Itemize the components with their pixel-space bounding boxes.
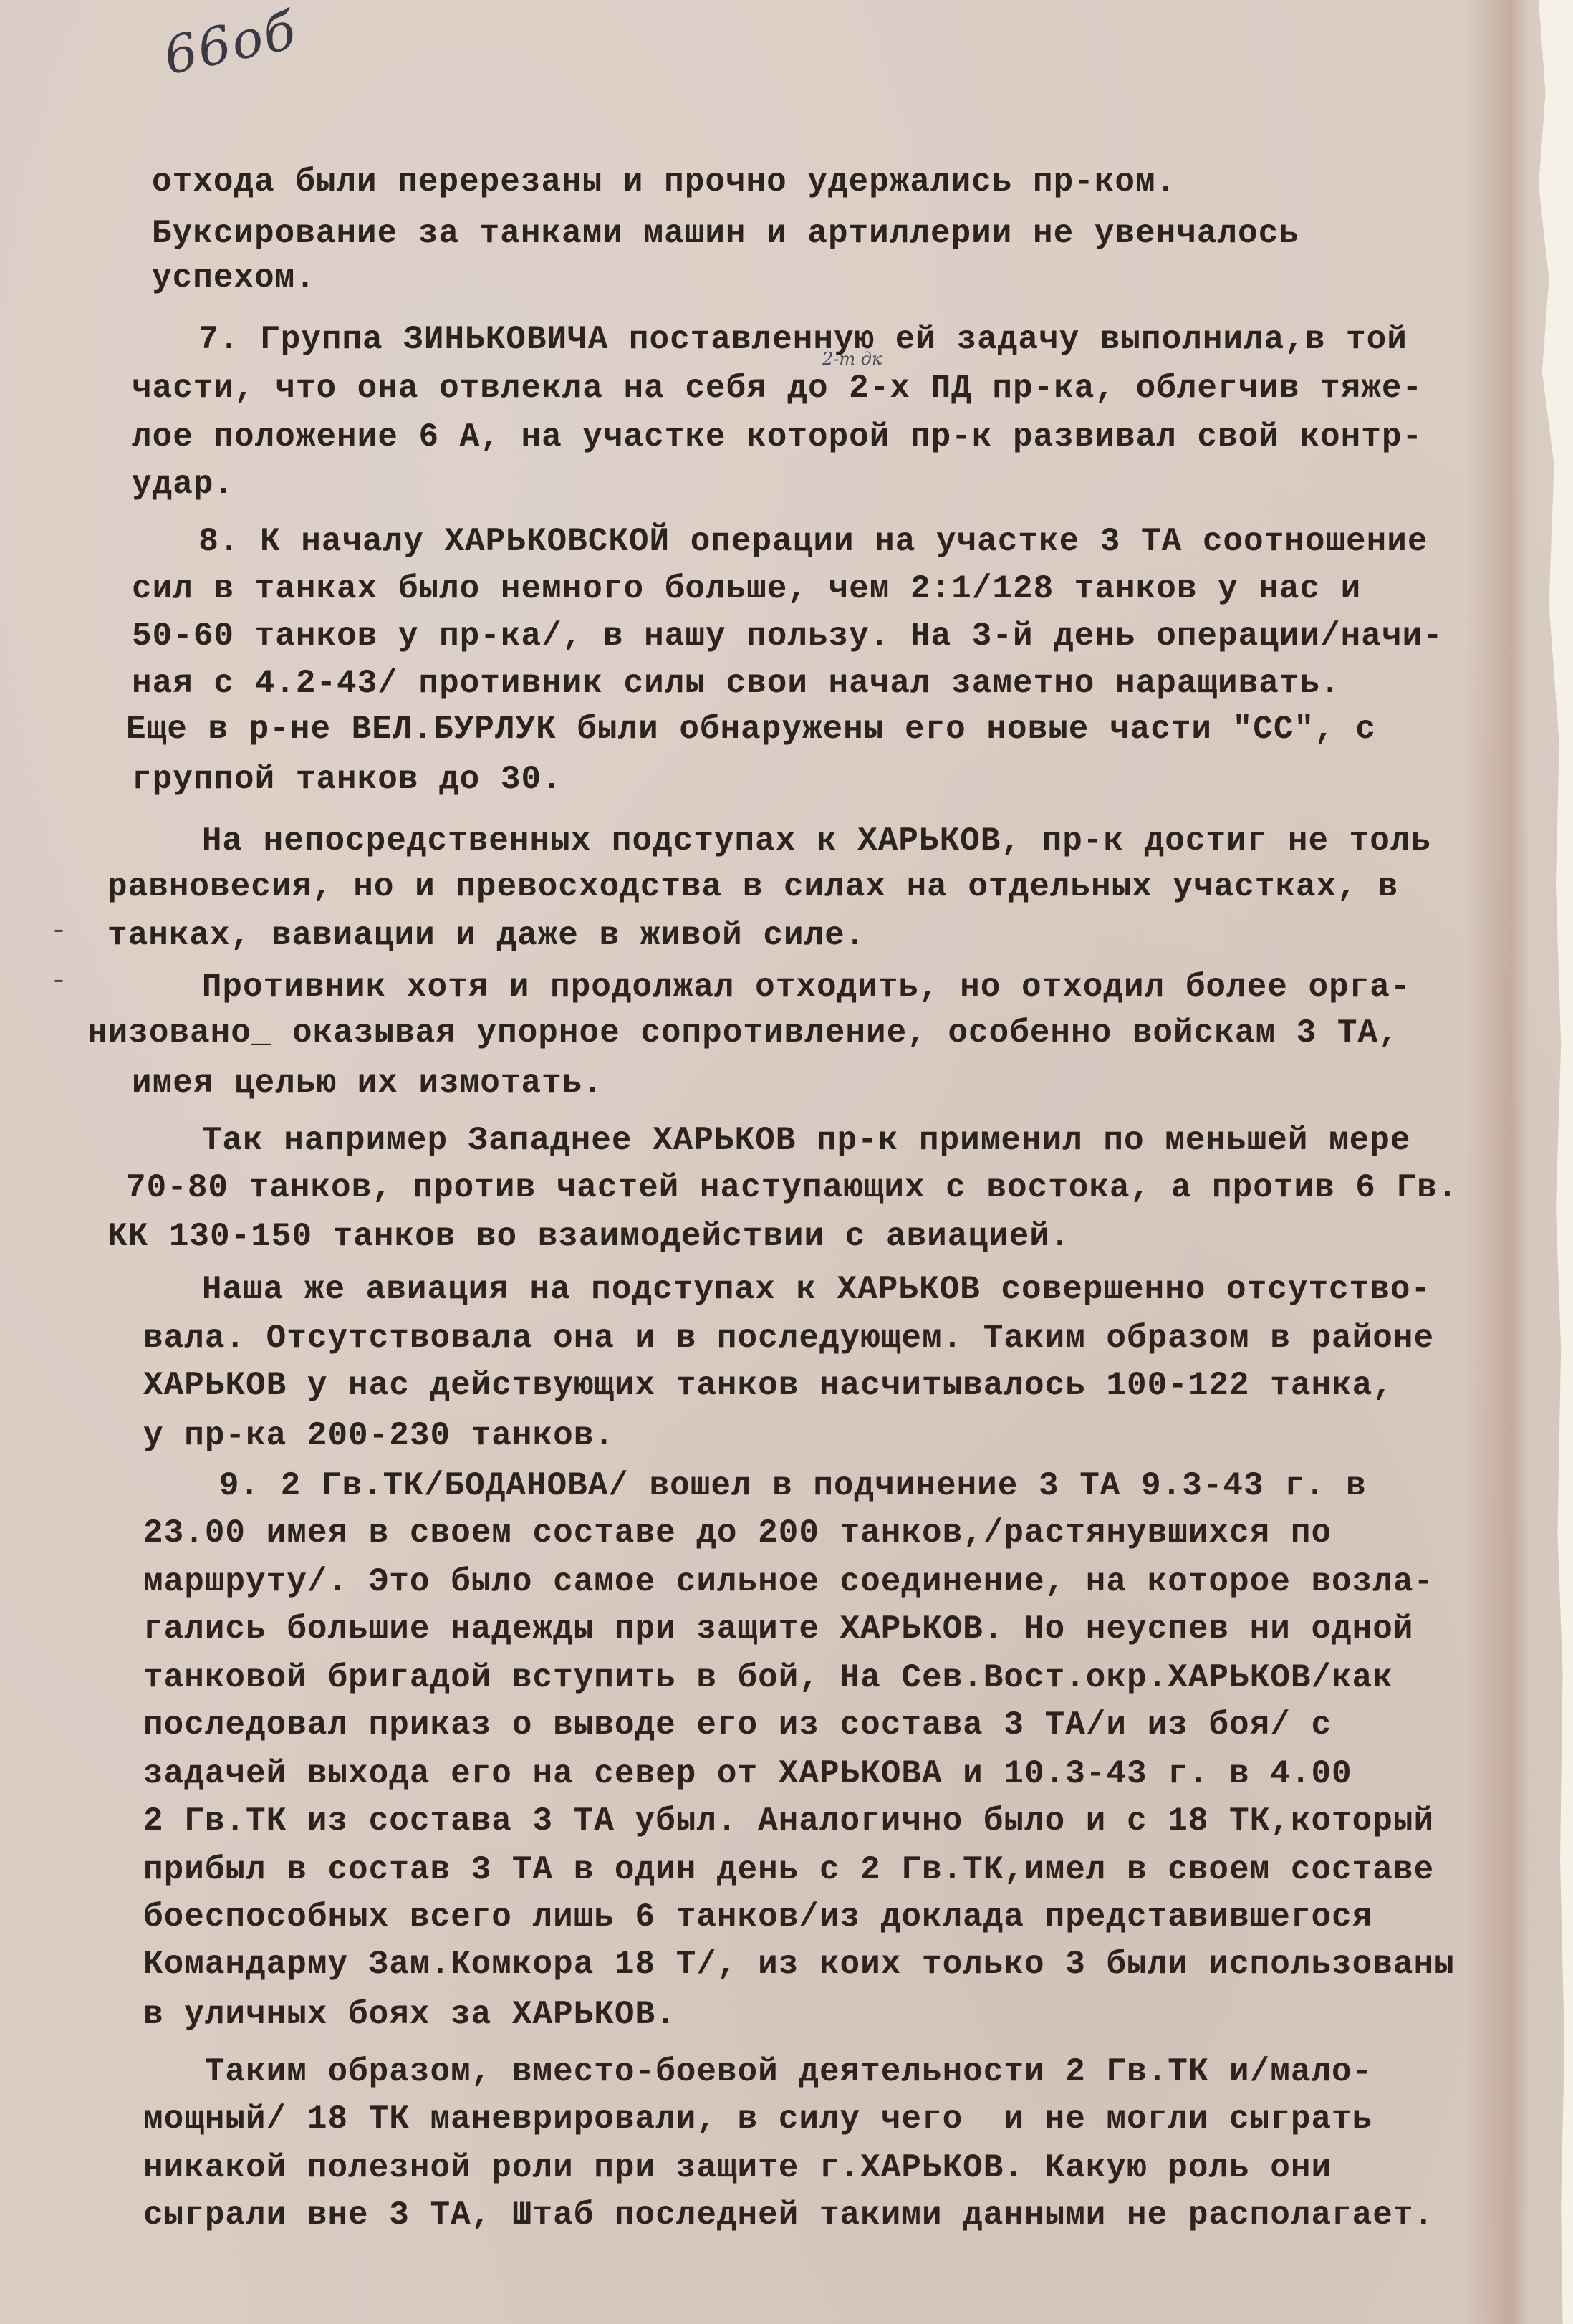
text-line: танках, вавиации и даже в живой силе. <box>107 917 865 954</box>
text-line: удар. <box>132 466 234 503</box>
text-line: Командарму Зам.Комкора 18 Т/, из коих то… <box>143 1946 1455 1983</box>
text-line: имея целью их измотать. <box>132 1065 603 1102</box>
text-line: последовал приказ о выводе его из состав… <box>143 1706 1332 1744</box>
margin-dash: - <box>50 916 67 948</box>
text-line: сил в танках было немного больше, чем 2:… <box>132 570 1361 608</box>
text-line: группой танков до 30. <box>132 761 562 798</box>
text-line: маршруту/. Это было самое сильное соедин… <box>143 1563 1434 1600</box>
text-line: КК 130-150 танков во взаимодействии с ав… <box>107 1218 1070 1255</box>
text-line: Так например Западнее ХАРЬКОВ пр-к приме… <box>140 1122 1410 1159</box>
text-line: 7. Группа ЗИНЬКОВИЧА поставленную ей зад… <box>158 321 1408 358</box>
text-line: гались большие надежды при защите ХАРЬКО… <box>143 1610 1413 1648</box>
text-line: 8. К началу ХАРЬКОВСКОЙ операции на учас… <box>158 523 1428 560</box>
text-line: боеспособных всего лишь 6 танков/из докл… <box>143 1898 1372 1936</box>
text-line: вала. Отсутствовала она и в последующем.… <box>143 1320 1434 1357</box>
text-line: Наша же авиация на подступах к ХАРЬКОВ с… <box>140 1271 1431 1308</box>
torn-paper-edge <box>1487 0 1573 2324</box>
text-line: части, что она отвлекла на себя до 2-х П… <box>132 370 1423 407</box>
text-line: равновесия, но и превосходства в силах н… <box>107 868 1398 906</box>
text-line: На непосредственных подступах к ХАРЬКОВ,… <box>140 822 1431 860</box>
text-line: 50-60 танков у пр-ка/, в нашу пользу. На… <box>132 618 1443 655</box>
text-line: Противник хотя и продолжал отходить, но … <box>140 969 1410 1006</box>
text-line: Буксирование за танками машин и артиллер… <box>152 215 1299 252</box>
text-line: прибыл в состав 3 ТА в один день с 2 Гв.… <box>143 1851 1434 1888</box>
text-line: успехом. <box>152 259 316 297</box>
text-line: низовано_ оказывая упорное сопротивление… <box>87 1014 1399 1052</box>
text-line: 23.00 имея в своем составе до 200 танков… <box>143 1514 1332 1552</box>
text-line: 9. 2 Гв.ТК/БОДАНОВА/ вошел в подчинение … <box>158 1467 1367 1504</box>
text-line: 70-80 танков, против частей наступающих … <box>126 1169 1458 1206</box>
margin-dash: - <box>50 966 67 998</box>
text-line: отхода были перерезаны и прочно удержали… <box>152 163 1176 201</box>
text-line: Таким образом, вместо-боевой деятельност… <box>143 2053 1372 2090</box>
handwritten-page-number: 66об <box>158 0 302 87</box>
text-line: задачей выхода его на север от ХАРЬКОВА … <box>143 1755 1352 1792</box>
text-line: никакой полезной роли при защите г.ХАРЬК… <box>143 2149 1332 2186</box>
text-line: у пр-ка 200-230 танков. <box>143 1417 615 1454</box>
text-line: 2 Гв.ТК из состава 3 ТА убыл. Аналогично… <box>143 1802 1434 1840</box>
document-page: 66об 2-т дк отхода были перерезаны и про… <box>0 0 1573 2324</box>
text-line: сыграли вне 3 ТА, Штаб последней такими … <box>143 2196 1434 2234</box>
text-line: танковой бригадой вступить в бой, На Сев… <box>143 1659 1393 1696</box>
text-line: лое положение 6 А, на участке которой пр… <box>132 418 1423 456</box>
text-line: Еще в р-не ВЕЛ.БУРЛУК были обнаружены ег… <box>126 711 1376 748</box>
text-line: ная с 4.2-43/ противник силы свои начал … <box>132 665 1341 702</box>
text-line: ХАРЬКОВ у нас действующих танков насчиты… <box>143 1367 1393 1404</box>
text-line: мощный/ 18 ТК маневрировали, в силу чего… <box>143 2100 1372 2138</box>
text-line: в уличных боях за ХАРЬКОВ. <box>143 1996 676 2033</box>
water-stain <box>1466 0 1530 2324</box>
